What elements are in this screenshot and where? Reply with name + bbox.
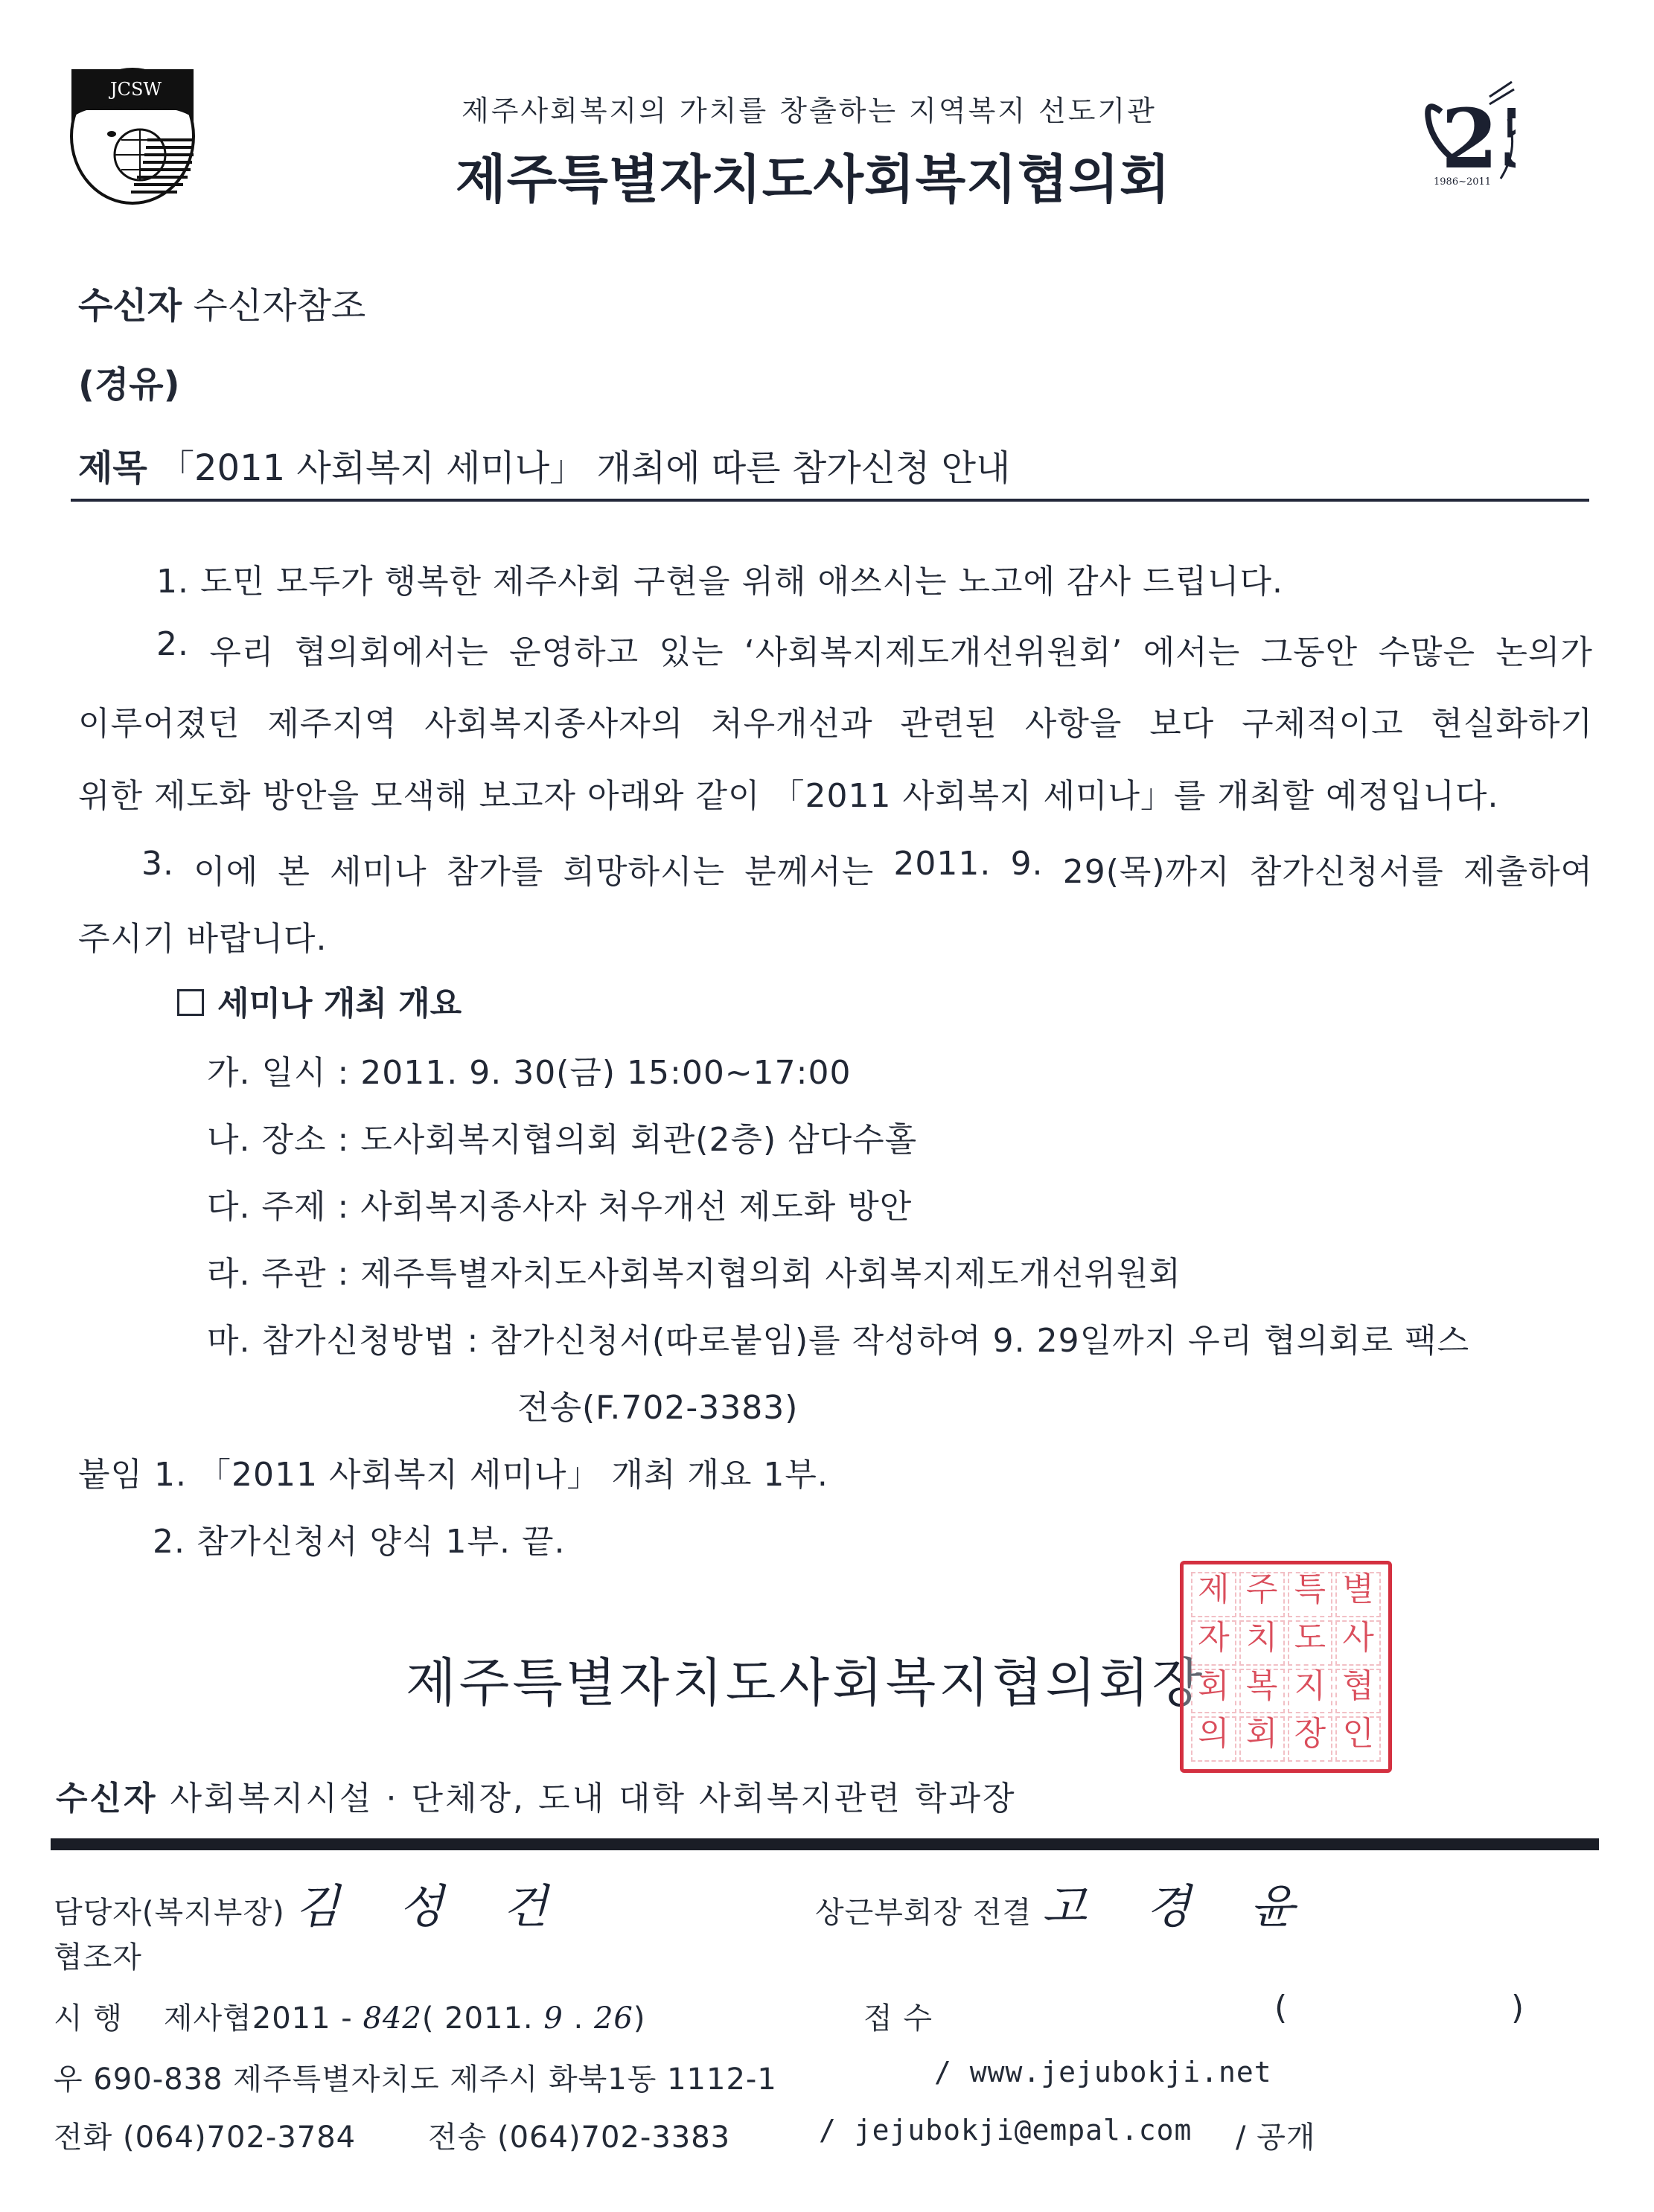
recipient-row: 수신자 수신자참조 [78,277,365,328]
day-handwritten: 26 [594,2001,633,2036]
handler-signature: 김 성 건 [295,1879,569,1934]
subject-divider [71,499,1589,502]
attachment-1: 붙임 1. 「2011 사회복지 세미나」 개최 개요 1부. [78,1448,828,1495]
overview-item-topic: 다. 주제 : 사회복지종사자 처우개선 제도화 방안 [207,1180,912,1227]
approver-row: 상근부회장 전결 고 경 윤 [815,1870,1317,1936]
overview-item-host: 라. 주관 : 제주특별자치도사회복지협의회 사회복지제도개선위원회 [207,1247,1181,1294]
cc-value: 사회복지시설 · 단체장, 도내 대학 사회복지관련 학과장 [170,1780,1017,1818]
cooperator-label: 협조자 [54,1934,142,1976]
anniversary-25-logo: 25 1986~2011 [1419,67,1516,194]
fax-number: 전송 (064)702-3383 [428,2114,730,2156]
paragraph-3-line-1: 3. 이에 본 세미나 참가를 희망하시는 분께서는 2011. 9. 29(목… [141,845,1593,892]
month-handwritten: 9 [543,2001,563,2036]
approver-signature: 고 경 윤 [1042,1879,1317,1934]
subject-row: 제목 「2011 사회복지 세미나」 개최에 따른 참가신청 안내 [78,439,1010,490]
paragraph-2-line-3: 위한 제도화 방안을 모색해 보고자 아래와 같이 「2011 사회복지 세미나… [78,769,1498,816]
email-link[interactable]: / jejubokji@empal.com [819,2114,1192,2147]
doc-number-handwritten: 842 [363,2001,421,2036]
overview-heading: 세미나 개최 개요 [177,976,462,1024]
execution-number-row: 시 행 제사협2011 - 842( 2011. 9 . 26) [54,1995,646,2037]
organization-title: 제주특별자치도사회복지협의회 [456,138,1171,213]
footer-divider [51,1838,1599,1850]
website-link[interactable]: / www.jejubokji.net [934,2056,1272,2088]
paragraph-2-line-2: 이루어졌던 제주지역 사회복지종사자의 처우개선과 관련된 사항을 보다 구체적… [78,697,1593,744]
svg-text:1986~2011: 1986~2011 [1434,176,1491,188]
paragraph-2-line-1: 2. 우리 협의회에서는 운영하고 있는 ‘사회복지제도개선위원회’ 에서는 그… [156,625,1593,673]
receipt-label: 접 수 [863,1995,933,2037]
checkbox-square-icon [177,989,204,1016]
subject-value: 「2011 사회복지 세미나」 개최에 따른 참가신청 안내 [159,447,1010,489]
overview-item-venue: 나. 장소 : 도사회복지협의회 회관(2층) 삼다수홀 [207,1113,917,1160]
cc-label: 수신자 [56,1780,158,1818]
paragraph-3-line-2: 주시기 바랍니다. [78,912,328,959]
via-row: (경유) [78,356,180,407]
jcsw-logo: JCSW [66,65,199,207]
phone-number: 전화 (064)702-3784 [54,2114,356,2156]
cc-recipients-row: 수신자 사회복지시설 · 단체장, 도내 대학 사회복지관련 학과장 [56,1771,1017,1819]
paragraph-1: 1. 도민 모두가 행복한 제주사회 구현을 위해 애쓰시는 노고에 감사 드립… [156,554,1283,602]
subject-label: 제목 [78,447,147,489]
recipient-value: 수신자참조 [193,285,365,327]
attachment-2: 2. 참가신청서 양식 1부. 끝. [153,1515,565,1562]
signer-title: 제주특별자치도사회복지협의회장 [406,1641,1205,1716]
via-label: (경유) [78,364,180,406]
slogan: 제주사회복지의 가치를 창출하는 지역복지 선도기관 [462,88,1157,129]
receipt-paren-close: ) [1511,1989,1524,2027]
disclosure-status: / 공개 [1236,2114,1315,2156]
overview-item-application: 마. 참가신청방법 : 참가신청서(따로붙임)를 작성하여 9. 29일까지 우… [207,1314,1469,1361]
official-seal-stamp: 제 주 특 별 자 치 도 사 회 복 지 협 의 회 장 인 [1180,1561,1392,1773]
svg-text:JCSW: JCSW [108,79,162,100]
overview-item-application-cont: 전송(F.702-3383) [517,1381,798,1428]
overview-item-datetime: 가. 일시 : 2011. 9. 30(금) 15:00~17:00 [207,1046,851,1093]
recipient-label: 수신자 [78,285,182,327]
handler-row: 담당자(복지부장) 김 성 건 [54,1870,570,1936]
postal-address: 우 690-838 제주특별자치도 제주시 화북1동 1112-1 [54,2056,777,2098]
receipt-paren-open: ( [1274,1989,1288,2027]
